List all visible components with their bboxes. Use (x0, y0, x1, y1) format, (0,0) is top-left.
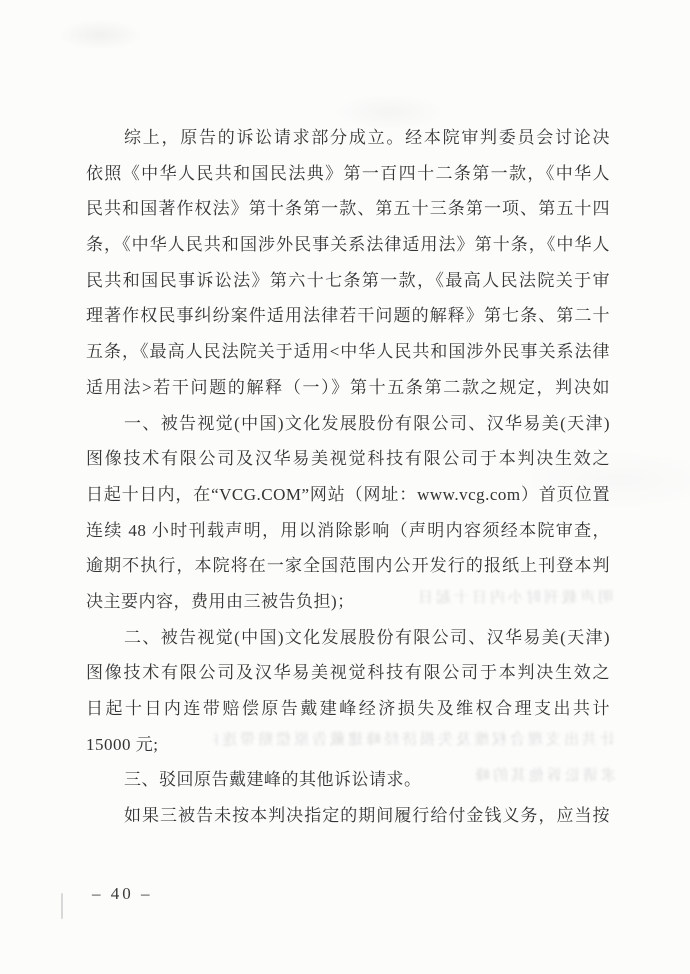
scan-artifact-line (61, 893, 63, 919)
judgment-body-text: 综上，原告的诉讼请求部分成立。经本院审判委员会讨论决定， 依照《中华人民共和国民… (86, 120, 610, 834)
judgment-item-1-line: 日起十日内，在“VCG.COM”网站（网址：www.vcg.com）首页位置 (86, 477, 610, 513)
judgment-item-3-line: 三、驳回原告戴建峰的其他诉讼请求。 (86, 762, 610, 798)
paragraph-line: 民共和国著作权法》第十条第一款、第五十三条第一项、第五十四 (86, 191, 610, 227)
judgment-item-2-line: 日起十日内连带赔偿原告戴建峰经济损失及维权合理支出共计 (86, 691, 610, 727)
paragraph-line: 民共和国民事诉讼法》第六十七条第一款，《最高人民法院关于审 (86, 263, 610, 299)
paragraph-line: 依照《中华人民共和国民法典》第一百四十二条第一款，《中华人 (86, 156, 610, 192)
judgment-item-1-line: 逾期不执行，本院将在一家全国范围内公开发行的报纸上刊登本判 (86, 548, 610, 584)
judgment-item-1-line: 一、被告视觉(中国)文化发展股份有限公司、汉华易美(天津) (86, 406, 610, 442)
judgment-item-1-line: 连续 48 小时刊载声明，用以消除影响（声明内容须经本院审查， (86, 513, 610, 549)
judgment-item-2-line: 图像技术有限公司及汉华易美视觉科技有限公司于本判决生效之 (86, 655, 610, 691)
scanned-judgment-page: 综上，原告的诉讼请求部分成立。经本院审判委员会讨论决定， 依照《中华人民共和国民… (0, 0, 690, 974)
judgment-item-2-line: 15000 元; (86, 727, 610, 763)
judgment-item-1-line: 决主要内容，费用由三被告负担)； (86, 584, 610, 620)
page-number: – 40 – (92, 884, 153, 904)
judgment-item-1-line: 图像技术有限公司及汉华易美视觉科技有限公司于本判决生效之 (86, 441, 610, 477)
paragraph-line: 适用法>若干问题的解释（一）》第十五条第二款之规定，判决如下： (86, 370, 610, 406)
paragraph-line: 理著作权民事纠纷案件适用法律若干问题的解释》第七条、第二十 (86, 298, 610, 334)
judgment-item-2-line: 二、被告视觉(中国)文化发展股份有限公司、汉华易美(天津) (86, 620, 610, 656)
paragraph-line: 综上，原告的诉讼请求部分成立。经本院审判委员会讨论决定， (86, 120, 610, 156)
paragraph-line: 五条，《最高人民法院关于适用<中华人民共和国涉外民事关系法律 (86, 334, 610, 370)
paragraph-line: 如果三被告未按本判决指定的期间履行给付金钱义务，应当按 (86, 798, 610, 834)
paragraph-line: 条，《中华人民共和国涉外民事关系法律适用法》第十条，《中华人 (86, 227, 610, 263)
